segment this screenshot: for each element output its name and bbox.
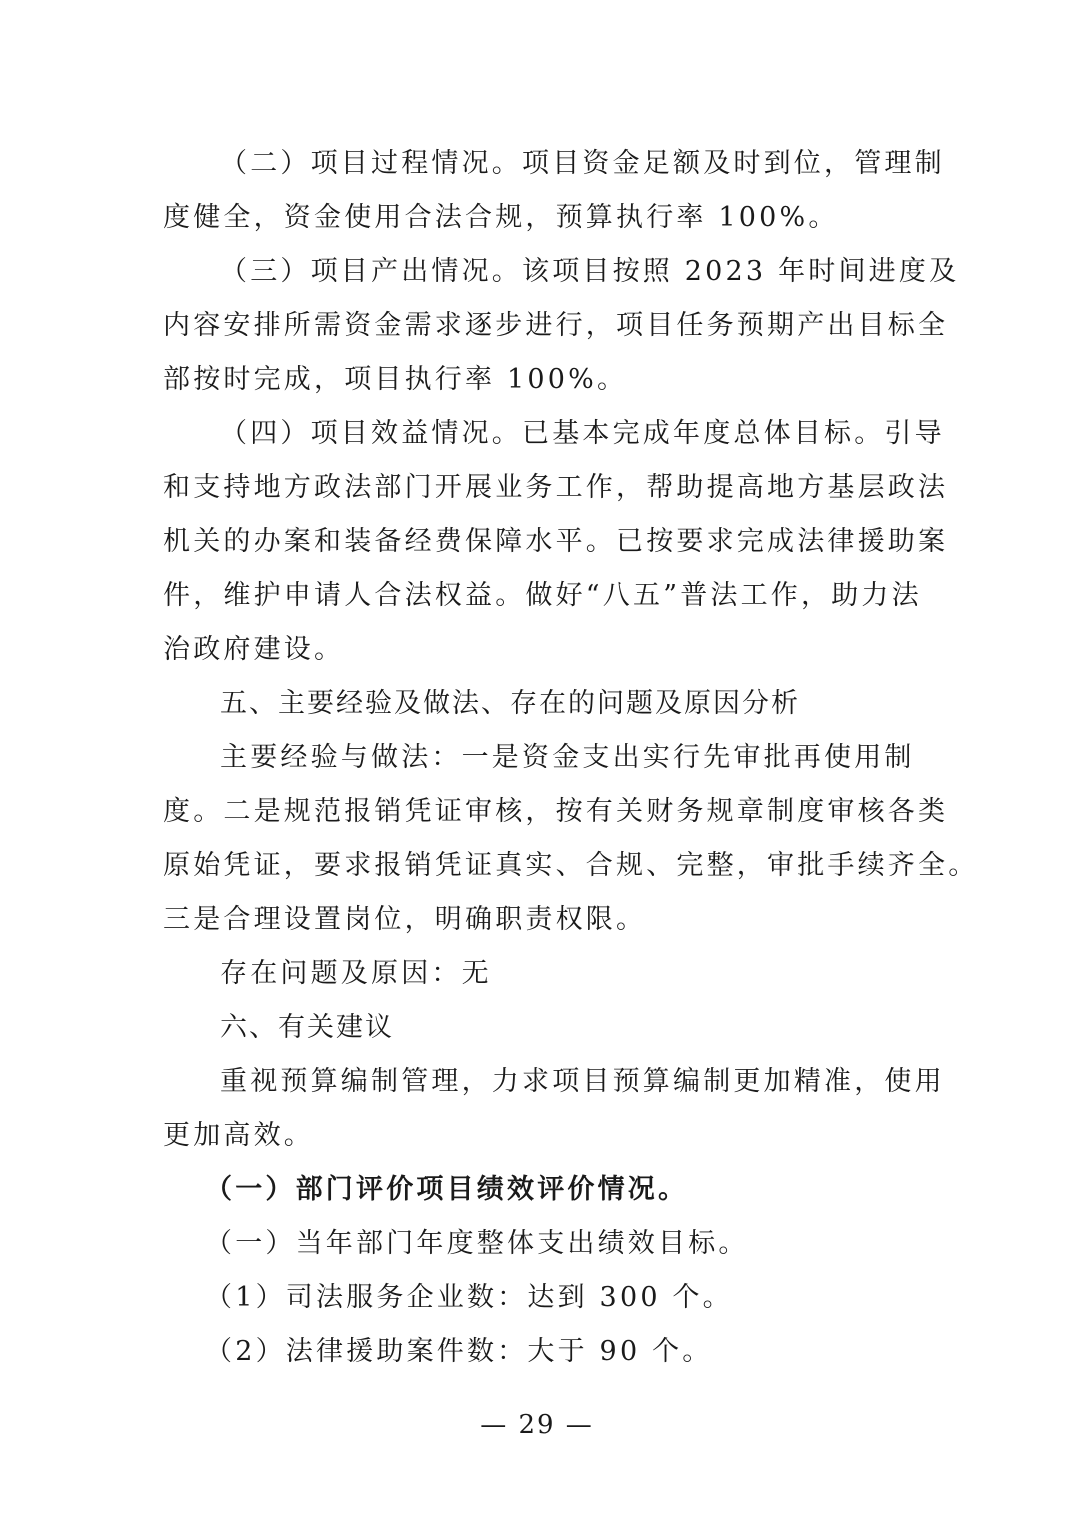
paragraph-line: 度健全，资金使用合法合规，预算执行率 100%。 (163, 198, 839, 238)
paragraph-line: 件，维护申请人合法权益。做好“八五”普法工作，助力法 (163, 576, 922, 616)
paragraph-line: （三）项目产出情况。该项目按照 2023 年时间进度及 (220, 252, 959, 292)
paragraph-line: （二）项目过程情况。项目资金足额及时到位，管理制 (220, 144, 945, 184)
document-page: （二）项目过程情况。项目资金足额及时到位，管理制 度健全，资金使用合法合规，预算… (0, 0, 1074, 1520)
list-item: （1）司法服务企业数：达到 300 个。 (205, 1278, 733, 1318)
paragraph-line: 机关的办案和装备经费保障水平。已按要求完成法律援助案 (163, 522, 948, 562)
paragraph-line: 三是合理设置岗位，明确职责权限。 (163, 900, 646, 940)
paragraph-line: （一）当年部门年度整体支出绩效目标。 (205, 1224, 749, 1264)
section-heading-5: 五、主要经验及做法、存在的问题及原因分析 (220, 684, 800, 724)
paragraph-line: 主要经验与做法：一是资金支出实行先审批再使用制 (220, 738, 915, 778)
subsection-heading: （一）部门评价项目绩效评价情况。 (205, 1170, 688, 1210)
paragraph-line: 治政府建设。 (163, 630, 344, 670)
paragraph-line: 重视预算编制管理，力求项目预算编制更加精准，使用 (220, 1062, 945, 1102)
page-number: — 29 — (0, 1410, 1074, 1440)
list-item: （2）法律援助案件数：大于 90 个。 (205, 1332, 713, 1372)
paragraph-line: 存在问题及原因：无 (220, 954, 492, 994)
paragraph-line: 原始凭证，要求报销凭证真实、合规、完整，审批手续齐全。 (163, 846, 978, 886)
section-heading-6: 六、有关建议 (220, 1008, 394, 1048)
paragraph-line: 部按时完成，项目执行率 100%。 (163, 360, 627, 400)
paragraph-line: 更加高效。 (163, 1116, 314, 1156)
paragraph-line: 内容安排所需资金需求逐步进行，项目任务预期产出目标全 (163, 306, 948, 346)
paragraph-line: （四）项目效益情况。已基本完成年度总体目标。引导 (220, 414, 945, 454)
paragraph-line: 度。二是规范报销凭证审核，按有关财务规章制度审核各类 (163, 792, 948, 832)
paragraph-line: 和支持地方政法部门开展业务工作，帮助提高地方基层政法 (163, 468, 948, 508)
